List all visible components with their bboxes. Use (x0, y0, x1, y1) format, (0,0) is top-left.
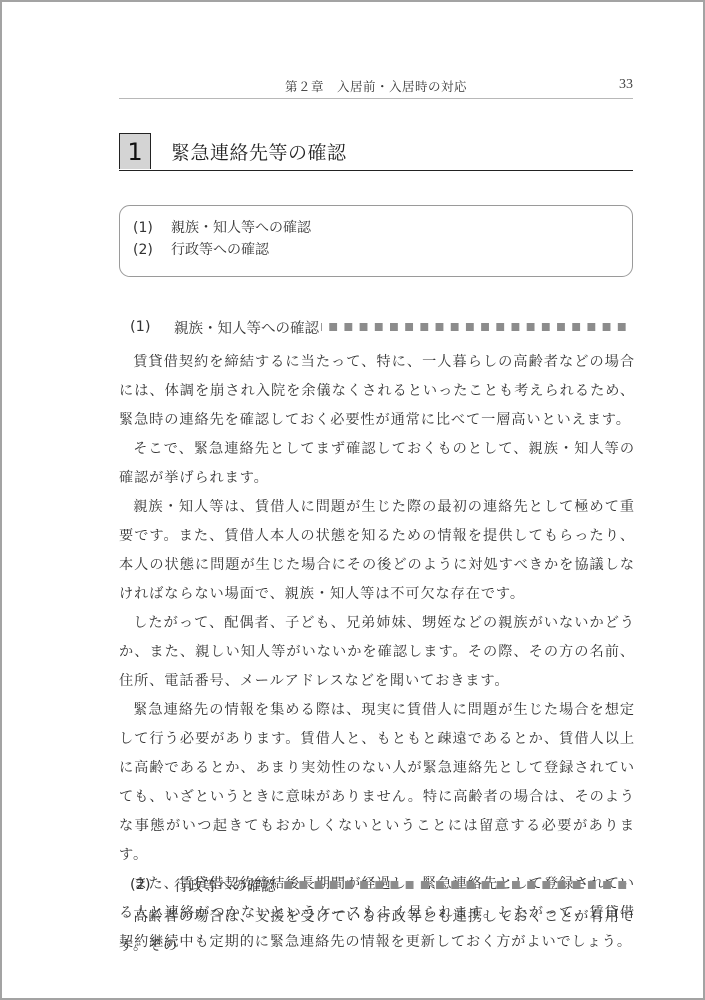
subsection-heading-1: (1) 親族・知人等への確認 (130, 316, 633, 338)
chapter-title: 第２章 入居前・入居時の対応 (119, 77, 633, 95)
paragraph: 緊急連絡先の情報を集める際は、現実に賃借人に問題が生じた場合を想定して行う必要が… (119, 696, 635, 870)
subsection-number: (2) (130, 877, 174, 893)
paragraph: 賃貸借契約を締結するに当たって、特に、一人暮らしの高齢者などの場合には、体調を崩… (119, 348, 635, 435)
section-heading: 1 緊急連絡先等の確認 (119, 133, 633, 171)
toc-item-label: 親族・知人等への確認 (171, 220, 311, 236)
section-title: 緊急連絡先等の確認 (171, 138, 347, 165)
paragraph: 親族・知人等は、賃借人に問題が生じた際の最初の連絡先として極めて重要です。また、… (119, 493, 635, 609)
toc-item-label: 行政等への確認 (171, 242, 269, 258)
toc-item-number: (2) (133, 239, 171, 261)
subsection-title: 行政等への確認 (174, 875, 276, 896)
toc-item-number: (1) (133, 217, 171, 239)
toc-item: (1)親族・知人等への確認 (133, 217, 632, 239)
paragraph: したがって、配偶者、子ども、兄弟姉妹、甥姪などの親族がいないかどうか、また、親し… (119, 609, 635, 696)
page-number: 33 (619, 77, 633, 93)
subsection-1-body: 賃貸借契約を締結するに当たって、特に、一人暮らしの高齢者などの場合には、体調を崩… (119, 348, 635, 957)
subsection-heading-2: (2) 行政等への確認 (130, 874, 633, 896)
running-header: 第２章 入居前・入居時の対応 33 (119, 74, 633, 99)
section-number-badge: 1 (119, 133, 151, 169)
paragraph: 高齢者の場合は、支援を受けている行政等とも連携しておくことが有用です。その (119, 903, 635, 961)
dotted-leader-decoration (321, 323, 633, 331)
section-contents-box: (1)親族・知人等への確認 (2)行政等への確認 (119, 205, 633, 277)
paragraph: そこで、緊急連絡先としてまず確認しておくものとして、親族・知人等の確認が挙げられ… (119, 435, 635, 493)
subsection-title: 親族・知人等への確認 (174, 317, 319, 338)
subsection-2-body: 高齢者の場合は、支援を受けている行政等とも連携しておくことが有用です。その (119, 903, 635, 961)
document-page: 第２章 入居前・入居時の対応 33 1 緊急連絡先等の確認 (1)親族・知人等へ… (0, 0, 705, 1000)
subsection-number: (1) (130, 319, 174, 335)
dotted-leader-decoration (278, 881, 634, 889)
toc-item: (2)行政等への確認 (133, 239, 632, 261)
